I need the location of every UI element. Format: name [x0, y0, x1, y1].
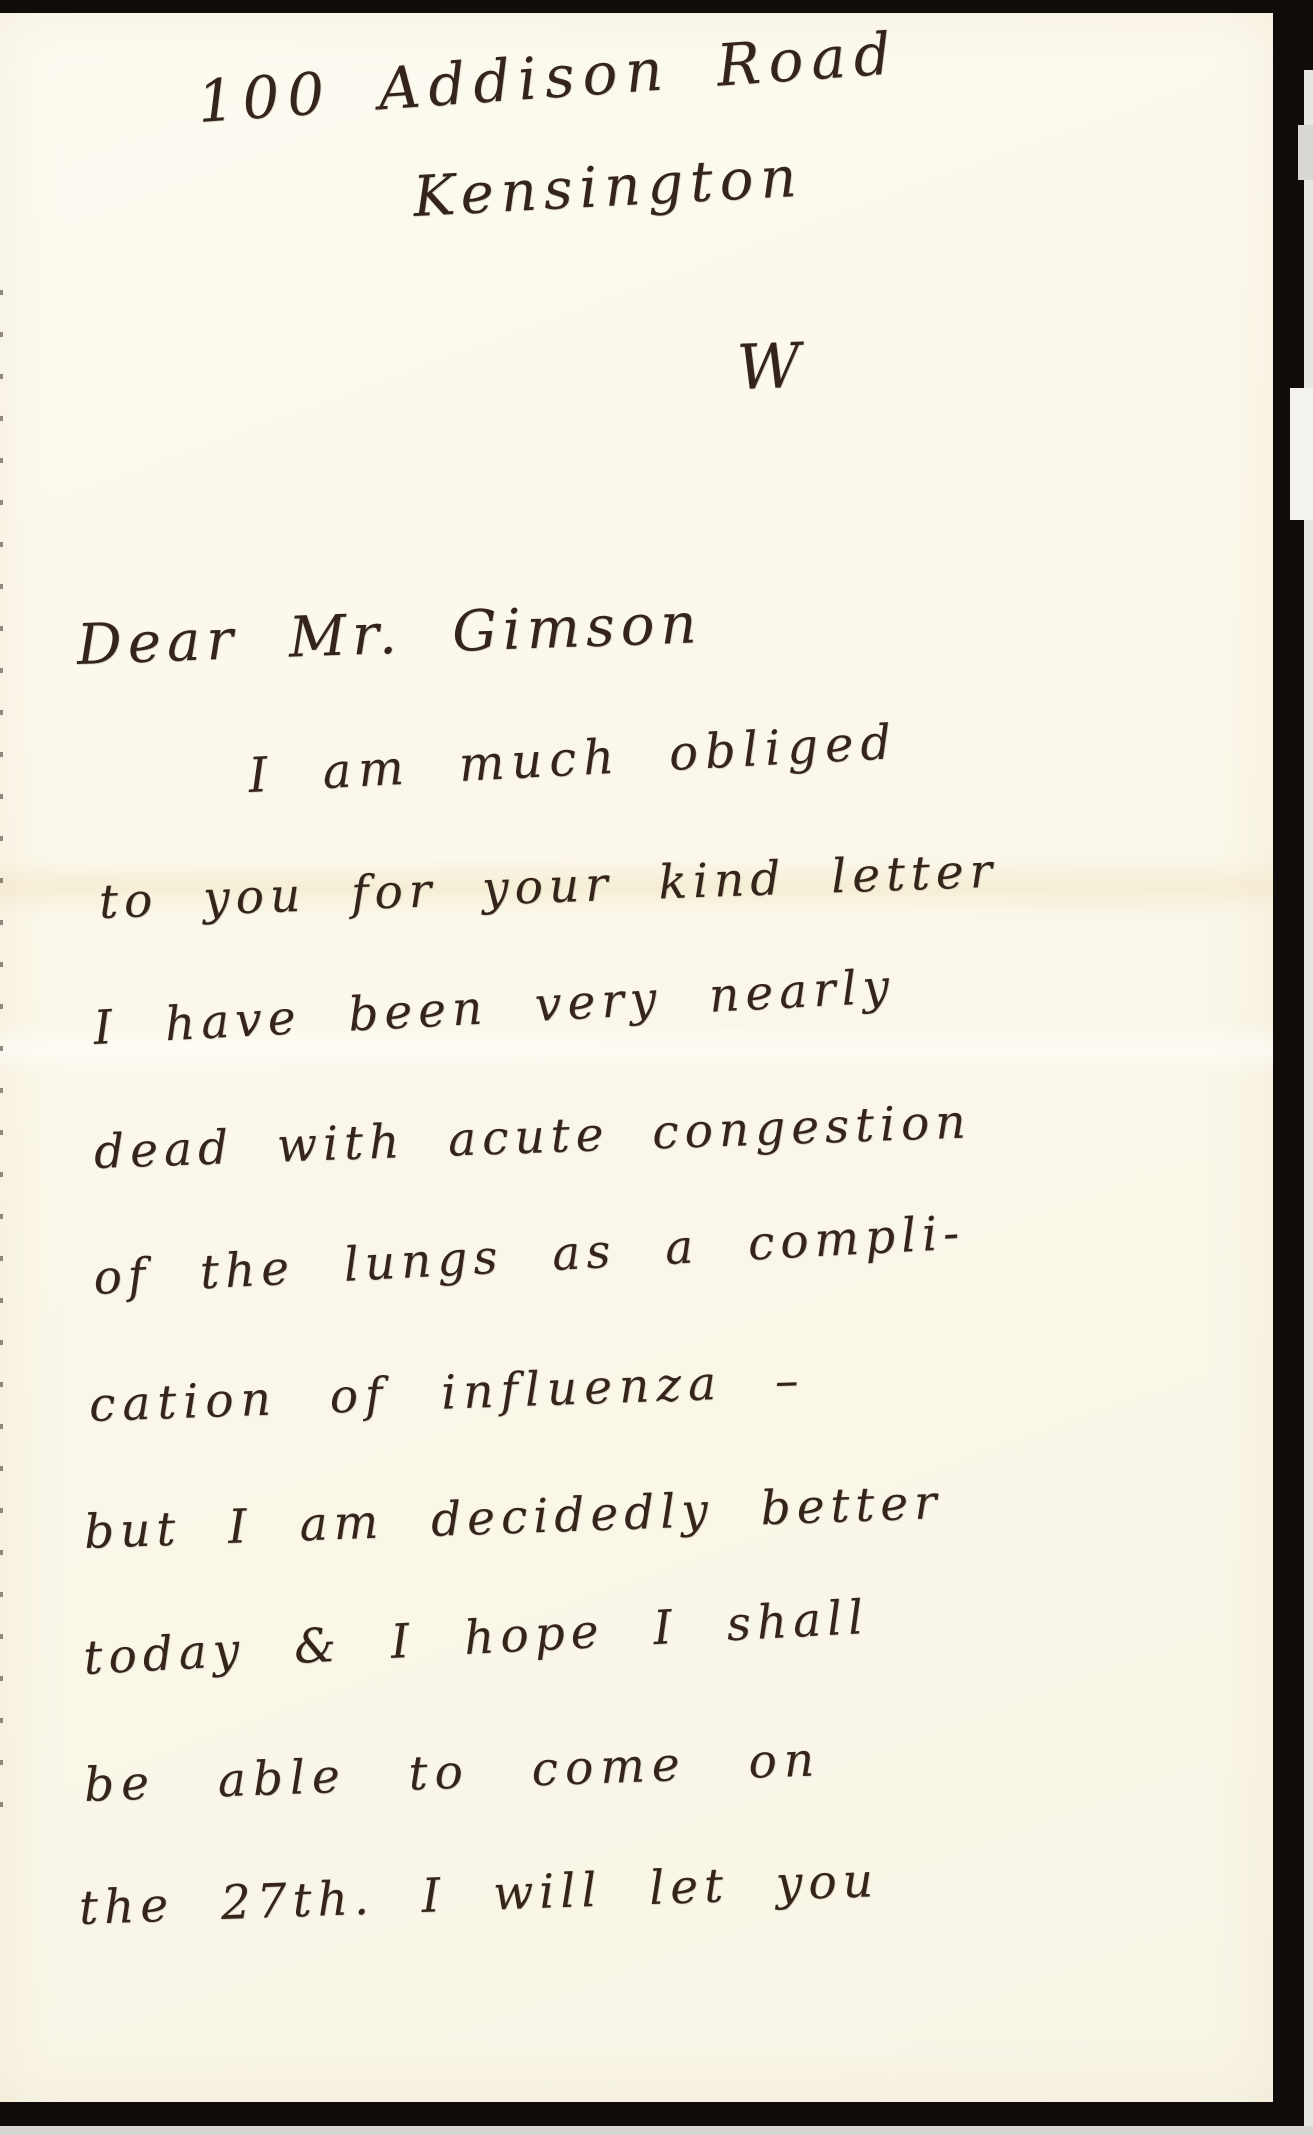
salutation-line: Dear Mr. Gimson [76, 591, 704, 678]
body-line-4: dead with acute congestion [93, 1094, 972, 1180]
address-line-2: Kensington [412, 145, 805, 230]
body-line-10: the 27th. I will let you [78, 1853, 880, 1936]
body-line-9: be able to come on [83, 1732, 822, 1813]
scan-right-edge-patch [1290, 388, 1313, 520]
body-line-1: I am much obliged [247, 714, 899, 804]
scan-right-edge-sliver [1304, 70, 1313, 2135]
body-line-5: of the lungs as a compli- [92, 1205, 966, 1306]
body-line-7: but I am decidedly better [83, 1475, 943, 1560]
body-line-3: I have been very nearly [92, 959, 896, 1056]
letter-paper: 100 Addison Road Kensington W Dear Mr. G… [0, 13, 1273, 2102]
body-line-6: cation of influenza – [88, 1353, 806, 1433]
address-line-1: 100 Addison Road [195, 19, 901, 136]
scan-left-edge-specks [0, 290, 3, 1810]
address-district: W [735, 329, 801, 404]
body-line-8: today & I hope I shall [82, 1590, 870, 1686]
body-line-2: to you for your kind letter [98, 844, 999, 930]
scanned-letter-page: 100 Addison Road Kensington W Dear Mr. G… [0, 0, 1313, 2135]
scan-bottom-edge-strip [0, 2126, 1313, 2135]
scan-right-edge-patch-small [1298, 125, 1313, 180]
